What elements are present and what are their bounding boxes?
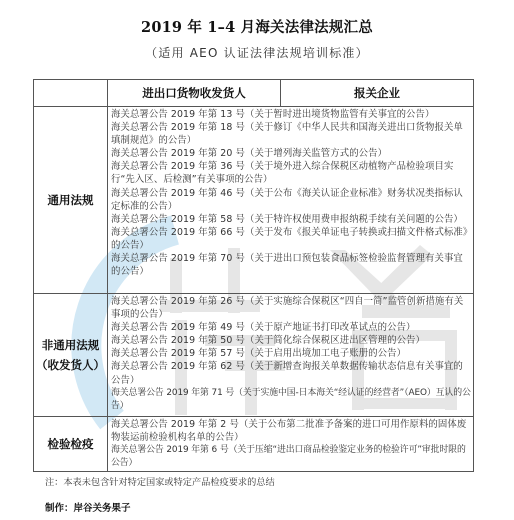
list-item: 海关总署公告 2019 年第 57 号（关于启用出境加工电子账册的公告） (111, 347, 471, 360)
list-item: 海关总署公告 2019 年第 70 号（关于进出口预包装食品标签检验监督管理有关… (111, 252, 471, 278)
list-item: 海关总署公告 2019 年第 36 号（关于境外进入综合保税区动植物产品检验项目… (111, 160, 471, 186)
list-item: 海关总署公告 2019 年第 26 号（关于实施综合保税区“四自一简”监管创新措… (111, 295, 471, 321)
table-row: 通用法规 海关总署公告 2019 年第 13 号（关于暂时进出境货物监管有关事宜… (34, 107, 474, 294)
list-item: 海关总署公告 2019 年第 13 号（关于暂时进出境货物监管有关事宜的公告） (111, 108, 471, 121)
header-consignor: 进出口货物收发货人 (108, 80, 281, 107)
items-cell: 海关总署公告 2019 年第 26 号（关于实施综合保税区“四自一简”监管创新措… (108, 294, 474, 417)
document-title: 2019 年 1–4 月海关法律法规汇总 (0, 16, 514, 37)
regulations-table: 进出口货物收发货人 报关企业 通用法规 海关总署公告 2019 年第 13 号（… (33, 79, 474, 472)
category-label: 检验检疫 (34, 434, 107, 454)
list-item: 海关总署公告 2019 年第 66 号（关于发布《报关单证电子转换或扫描文件格式… (111, 226, 471, 252)
list-item: 海关总署公告 2019 年第 46 号（关于公布《海关认证企业标准》财务状况类指… (111, 187, 471, 213)
table-row: 检验检疫 海关总署公告 2019 年第 2 号（关于公布第二批准予备案的进口可用… (34, 417, 474, 472)
table-row: 非通用法规 （收发货人） 海关总署公告 2019 年第 26 号（关于实施综合保… (34, 294, 474, 417)
list-item: 海关总署公告 2019 年第 20 号（关于增列海关监管方式的公告） (111, 147, 471, 160)
list-item: 海关总署公告 2019 年第 58 号（关于特许权使用费申报纳税手续有关问题的公… (111, 213, 471, 226)
category-label: 通用法规 (34, 190, 107, 210)
items-cell: 海关总署公告 2019 年第 13 号（关于暂时进出境货物监管有关事宜的公告） … (108, 107, 474, 294)
list-item: 海关总署公告 2019 年第 2 号（关于公布第二批准予备案的进口可用作原料的固… (111, 418, 471, 444)
list-item: 海关总署公告 2019 年第 50 号（关于简化综合保税区进出区管理的公告） (111, 334, 471, 347)
items-cell: 海关总署公告 2019 年第 2 号（关于公布第二批准予备案的进口可用作原料的固… (108, 417, 474, 472)
category-general: 通用法规 (34, 107, 108, 294)
category-non-general: 非通用法规 （收发货人） (34, 294, 108, 417)
author-credit: 制作：岸谷关务果子 (45, 500, 131, 514)
table-header-row: 进出口货物收发货人 报关企业 (34, 80, 474, 107)
list-item: 海关总署公告 2019 年第 71 号（关于实施中国-日本海关“经认证的经营者”… (111, 387, 471, 413)
category-inspection-quarantine: 检验检疫 (34, 417, 108, 472)
header-category (34, 80, 108, 107)
list-item: 海关总署公告 2019 年第 18 号（关于修订《中华人民共和国海关进出口货物报… (111, 121, 471, 147)
list-item: 海关总署公告 2019 年第 6 号（关于压缩“进出口商品检验鉴定业务的检验许可… (111, 444, 471, 470)
document-subtitle: （适用 AEO 认证法律法规培训标准） (0, 44, 514, 61)
list-item: 海关总署公告 2019 年第 49 号（关于原产地证书打印改革试点的公告） (111, 321, 471, 334)
list-item: 海关总署公告 2019 年第 62 号（关于新增查询报关单数据传输状态信息有关事… (111, 360, 471, 386)
category-label: 非通用法规 (34, 335, 107, 355)
header-customs-broker: 报关企业 (281, 80, 474, 107)
footnote: 注：本表未包含针对特定国家或特定产品检疫要求的总结 (45, 474, 275, 488)
category-sublabel: （收发货人） (34, 355, 107, 375)
